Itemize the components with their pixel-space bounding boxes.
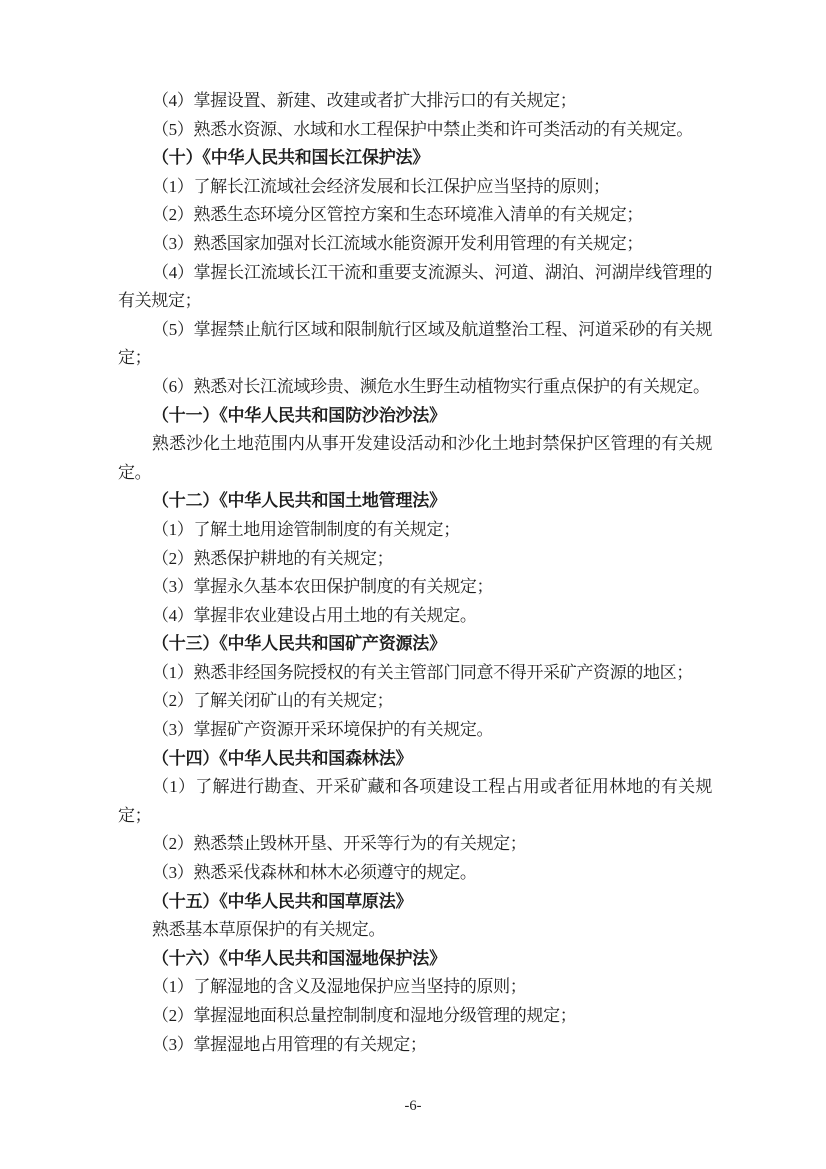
section-heading: （十六）《中华人民共和国湿地保护法》 <box>118 945 712 974</box>
syllabus-item: （6）熟悉对长江流域珍贵、濒危水生野生动植物实行重点保护的有关规定。 <box>118 373 712 402</box>
syllabus-item: （5）熟悉水资源、水域和水工程保护中禁止类和许可类活动的有关规定。 <box>118 116 712 145</box>
syllabus-item: （2）熟悉禁止毁林开垦、开采等行为的有关规定； <box>118 830 712 859</box>
syllabus-item: （2）了解关闭矿山的有关规定； <box>118 687 712 716</box>
section-heading: （十一）《中华人民共和国防沙治沙法》 <box>118 402 712 431</box>
syllabus-item: （1）了解长江流域社会经济发展和长江保护应当坚持的原则； <box>118 173 712 202</box>
syllabus-item: 熟悉基本草原保护的有关规定。 <box>118 916 712 945</box>
syllabus-item: （3）熟悉国家加强对长江流域水能资源开发利用管理的有关规定； <box>118 230 712 259</box>
syllabus-item: （5）掌握禁止航行区域和限制航行区域及航道整治工程、河道采砂的有关规定； <box>118 316 712 373</box>
syllabus-item: （2）熟悉生态环境分区管控方案和生态环境准入清单的有关规定； <box>118 201 712 230</box>
syllabus-item: 熟悉沙化土地范围内从事开发建设活动和沙化土地封禁保护区管理的有关规定。 <box>118 430 712 487</box>
syllabus-item: （4）掌握设置、新建、改建或者扩大排污口的有关规定； <box>118 87 712 116</box>
syllabus-item: （1）熟悉非经国务院授权的有关主管部门同意不得开采矿产资源的地区； <box>118 659 712 688</box>
syllabus-item: （1）了解进行勘查、开采矿藏和各项建设工程占用或者征用林地的有关规定； <box>118 773 712 830</box>
section-heading: （十五）《中华人民共和国草原法》 <box>118 888 712 917</box>
syllabus-item: （3）掌握湿地占用管理的有关规定； <box>118 1031 712 1060</box>
section-heading: （十）《中华人民共和国长江保护法》 <box>118 144 712 173</box>
syllabus-item: （1）了解湿地的含义及湿地保护应当坚持的原则； <box>118 973 712 1002</box>
syllabus-item: （4）掌握非农业建设占用土地的有关规定。 <box>118 602 712 631</box>
syllabus-item: （2）掌握湿地面积总量控制制度和湿地分级管理的规定； <box>118 1002 712 1031</box>
syllabus-item: （2）熟悉保护耕地的有关规定； <box>118 545 712 574</box>
section-heading: （十二）《中华人民共和国土地管理法》 <box>118 487 712 516</box>
document-text-body: （4）掌握设置、新建、改建或者扩大排污口的有关规定；（5）熟悉水资源、水域和水工… <box>118 87 712 1059</box>
syllabus-item: （4）掌握长江流域长江干流和重要支流源头、河道、湖泊、河湖岸线管理的有关规定； <box>118 259 712 316</box>
syllabus-item: （3）熟悉采伐森林和林木必须遵守的规定。 <box>118 859 712 888</box>
page-number: -6- <box>0 1097 826 1115</box>
document-page: （4）掌握设置、新建、改建或者扩大排污口的有关规定；（5）熟悉水资源、水域和水工… <box>0 0 826 1169</box>
syllabus-item: （3）掌握永久基本农田保护制度的有关规定； <box>118 573 712 602</box>
syllabus-item: （1）了解土地用途管制制度的有关规定； <box>118 516 712 545</box>
section-heading: （十四）《中华人民共和国森林法》 <box>118 745 712 774</box>
section-heading: （十三）《中华人民共和国矿产资源法》 <box>118 630 712 659</box>
syllabus-item: （3）掌握矿产资源开采环境保护的有关规定。 <box>118 716 712 745</box>
